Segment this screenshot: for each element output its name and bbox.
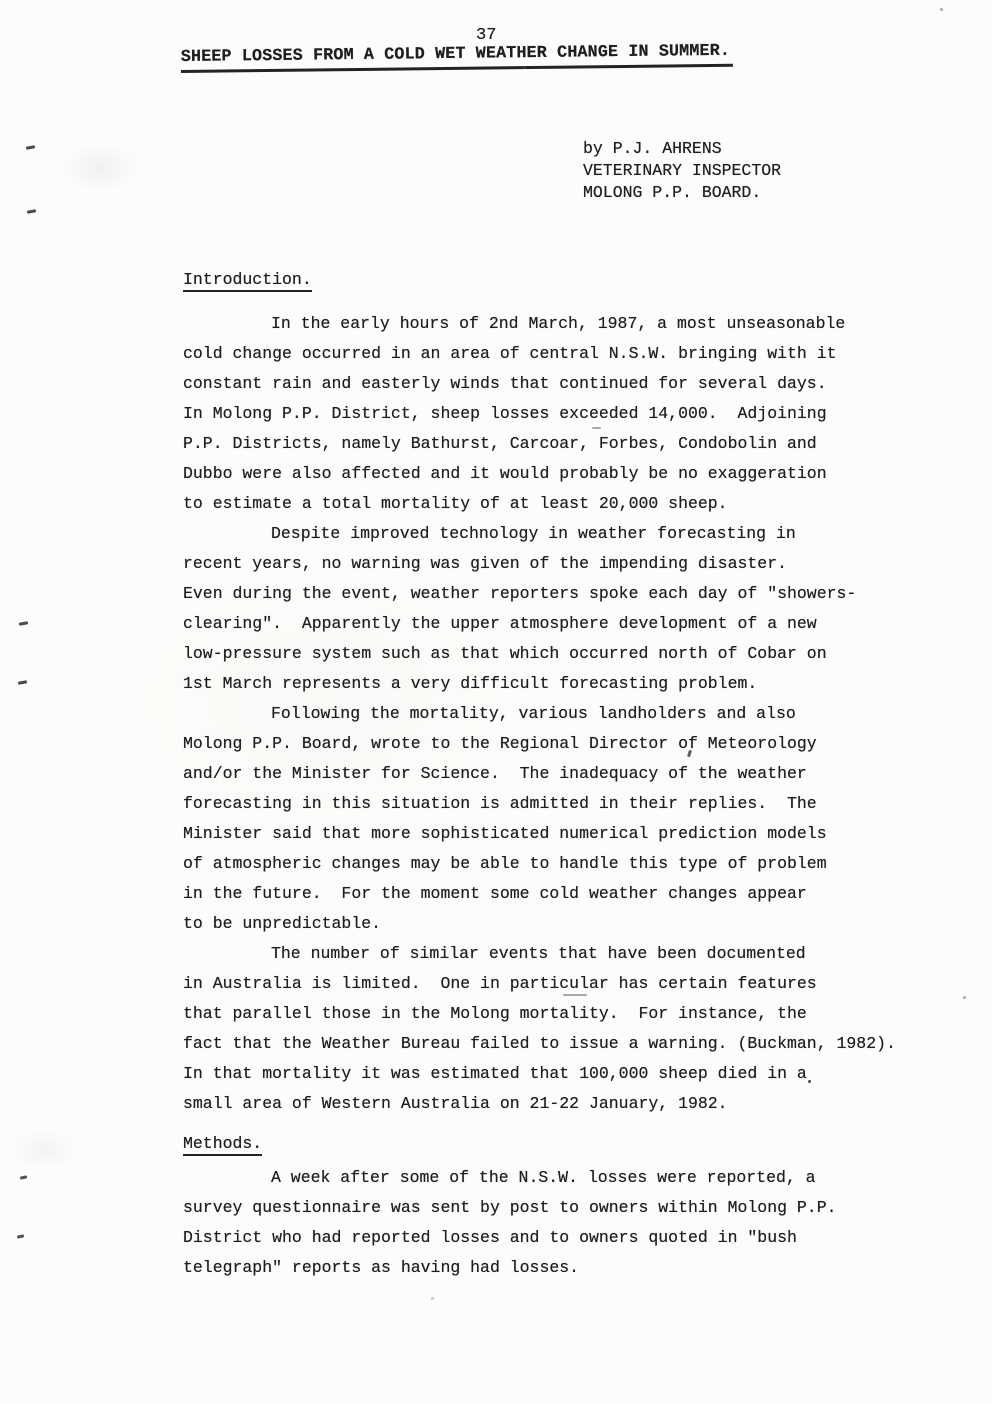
section-heading-methods: Methods. bbox=[183, 1129, 943, 1159]
scan-artifact-mark bbox=[592, 427, 601, 429]
text-line: to be unpredictable. bbox=[183, 909, 943, 939]
scan-artifact-speck bbox=[940, 8, 943, 11]
text-line: fact that the Weather Bureau failed to i… bbox=[183, 1029, 943, 1059]
text-line: in the future. For the moment some cold … bbox=[183, 879, 943, 909]
text-line: Minister said that more sophisticated nu… bbox=[183, 819, 943, 849]
text-line: Dubbo were also affected and it would pr… bbox=[183, 459, 943, 489]
scan-artifact-speck bbox=[963, 996, 966, 999]
text-line: clearing". Apparently the upper atmosphe… bbox=[183, 609, 943, 639]
scan-artifact-dash bbox=[26, 145, 35, 150]
text-line: District who had reported losses and to … bbox=[183, 1223, 943, 1253]
byline-role: VETERINARY INSPECTOR bbox=[583, 160, 781, 182]
scan-artifact-speck bbox=[808, 1080, 811, 1083]
text-line: of atmospheric changes may be able to ha… bbox=[183, 849, 943, 879]
text-line: low-pressure system such as that which o… bbox=[183, 639, 943, 669]
document-title: SHEEP LOSSES FROM A COLD WET WEATHER CHA… bbox=[181, 42, 733, 73]
section-heading-text: Introduction. bbox=[183, 270, 312, 292]
text-line: to estimate a total mortality of at leas… bbox=[183, 489, 943, 519]
text-line: Despite improved technology in weather f… bbox=[183, 519, 943, 549]
text-line: In Molong P.P. District, sheep losses ex… bbox=[183, 399, 943, 429]
text-line: The number of similar events that have b… bbox=[183, 939, 943, 969]
byline-author: by P.J. AHRENS bbox=[583, 138, 781, 160]
text-line: and/or the Minister for Science. The ina… bbox=[183, 759, 943, 789]
scan-artifact-dash bbox=[19, 621, 28, 626]
text-line: small area of Western Australia on 21-22… bbox=[183, 1089, 943, 1119]
scan-artifact-dash bbox=[27, 209, 36, 214]
byline: by P.J. AHRENS VETERINARY INSPECTOR MOLO… bbox=[583, 138, 781, 204]
spacer bbox=[183, 295, 943, 309]
text-line: Even during the event, weather reporters… bbox=[183, 579, 943, 609]
scan-artifact-speck bbox=[431, 1297, 434, 1300]
text-line: survey questionnaire was sent by post to… bbox=[183, 1193, 943, 1223]
text-line: telegraph" reports as having had losses. bbox=[183, 1253, 943, 1283]
byline-organisation: MOLONG P.P. BOARD. bbox=[583, 182, 781, 204]
section-heading-introduction: Introduction. bbox=[183, 265, 943, 295]
scan-artifact-mark bbox=[563, 994, 587, 996]
text-line: 1st March represents a very difficult fo… bbox=[183, 669, 943, 699]
text-line: In the early hours of 2nd March, 1987, a… bbox=[183, 309, 943, 339]
scanned-document-page: 37 SHEEP LOSSES FROM A COLD WET WEATHER … bbox=[0, 0, 992, 1404]
scan-artifact-dash bbox=[18, 680, 27, 685]
spacer bbox=[183, 1119, 943, 1129]
text-line: P.P. Districts, namely Bathurst, Carcoar… bbox=[183, 429, 943, 459]
text-line: A week after some of the N.S.W. losses w… bbox=[183, 1163, 943, 1193]
text-line: In that mortality it was estimated that … bbox=[183, 1059, 943, 1089]
text-line: Molong P.P. Board, wrote to the Regional… bbox=[183, 729, 943, 759]
text-line: recent years, no warning was given of th… bbox=[183, 549, 943, 579]
scan-artifact-speck bbox=[523, 66, 526, 69]
document-body: Introduction. In the early hours of 2nd … bbox=[183, 265, 943, 1283]
section-heading-text: Methods. bbox=[183, 1134, 262, 1156]
scan-artifact-dash bbox=[20, 1175, 27, 1179]
text-line: constant rain and easterly winds that co… bbox=[183, 369, 943, 399]
page-number: 37 bbox=[476, 26, 496, 45]
scan-artifact-dash bbox=[17, 1234, 24, 1238]
text-line: forecasting in this situation is admitte… bbox=[183, 789, 943, 819]
text-line: Following the mortality, various landhol… bbox=[183, 699, 943, 729]
text-line: cold change occurred in an area of centr… bbox=[183, 339, 943, 369]
text-line: that parallel those in the Molong mortal… bbox=[183, 999, 943, 1029]
